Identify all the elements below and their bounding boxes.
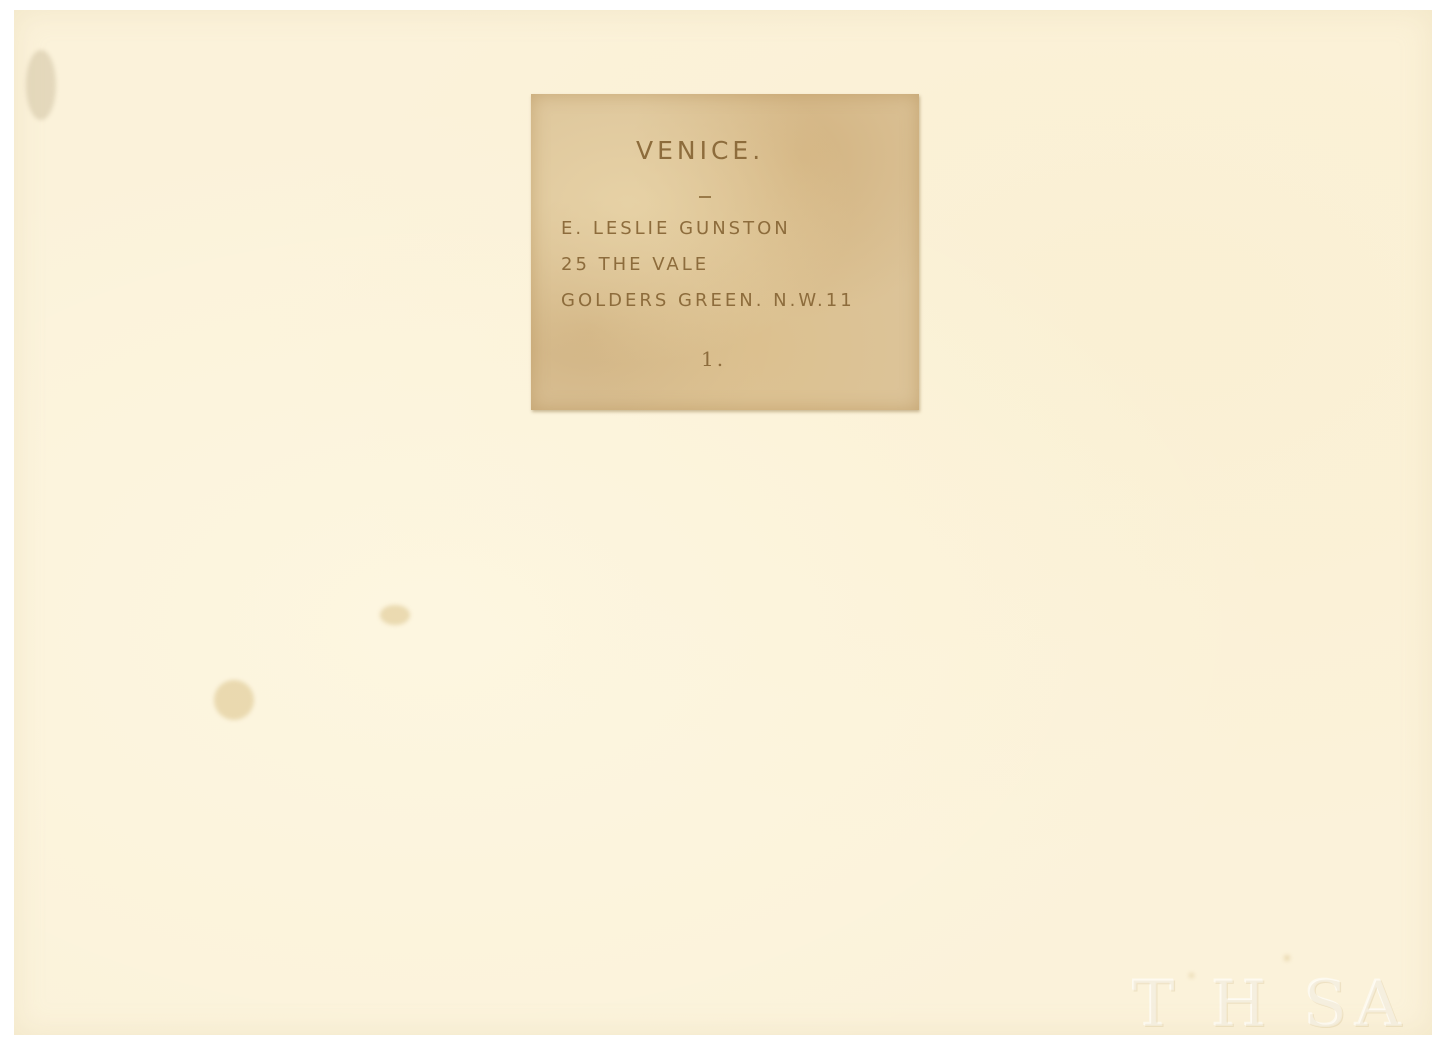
foxing-stain xyxy=(214,680,254,720)
foxing-stain xyxy=(26,50,56,120)
label-address-line1: 25 THE VALE xyxy=(561,254,709,275)
label-separator xyxy=(699,196,711,198)
scanned-sheet: VENICE. E. LESLIE GUNSTON 25 THE VALE GO… xyxy=(0,0,1452,1052)
label-artist-name: E. LESLIE GUNSTON xyxy=(561,218,791,239)
label-title: VENICE. xyxy=(636,136,764,165)
foxing-stain xyxy=(1284,955,1290,961)
artwork-label: VENICE. E. LESLIE GUNSTON 25 THE VALE GO… xyxy=(531,94,919,410)
label-address-line2: GOLDERS GREEN. N.W.11 xyxy=(561,290,855,311)
embossed-watermark: T H SA xyxy=(1132,968,1432,1034)
foxing-stain xyxy=(380,605,410,625)
label-number: 1. xyxy=(701,347,726,371)
